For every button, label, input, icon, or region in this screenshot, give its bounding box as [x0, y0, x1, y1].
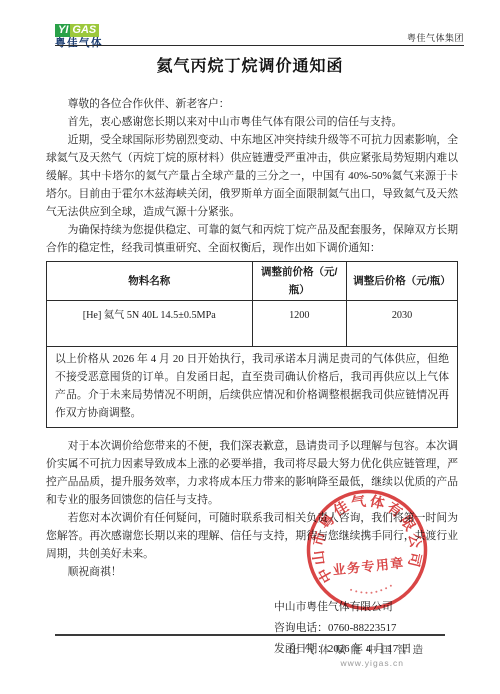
- col-header-old-price: 调整前价格（元/瓶）: [252, 262, 347, 301]
- logo-chinese-name: 粤佳气体: [55, 38, 103, 49]
- col-header-material: 物料名称: [47, 262, 253, 301]
- table-note: 以上价格从 2026 年 4 月 20 日开始执行，我司承诺本月满足贵司的气体供…: [47, 347, 458, 428]
- paragraph: 对于本次调价给您带来的不便，我们深表歉意，恳请贵司予以理解与包容。本次调价实属不…: [46, 437, 458, 509]
- footer-slogan: 让气体赋能中国智造: [289, 642, 429, 657]
- paragraph: 为确保持续为您提供稳定、可靠的氦气和丙烷丁烷产品及配套服务，保障双方长期合作的稳…: [46, 221, 458, 257]
- cell-old-price: 1200: [252, 301, 347, 347]
- logo-yi-block: YI: [55, 24, 70, 37]
- closing-wish: 顺祝商祺！: [46, 563, 458, 581]
- notice-letter-page: YI GAS 粤佳气体 粤佳气体集团 氦气丙烷丁烷调价通知函 尊敬的各位合作伙伴…: [0, 0, 500, 694]
- table-note-row: 以上价格从 2026 年 4 月 20 日开始执行，我司承诺本月满足贵司的气体供…: [47, 347, 458, 428]
- group-name: 粤佳气体集团: [407, 31, 464, 44]
- logo-badge: YI GAS: [55, 24, 99, 37]
- header-divider: [55, 45, 464, 46]
- signature-company: 中山市粤佳气体有限公司: [274, 597, 458, 618]
- page-title: 氦气丙烷丁烷调价通知函: [0, 53, 500, 76]
- footer-divider: [55, 634, 445, 636]
- cell-new-price: 2030: [347, 301, 458, 347]
- price-table: 物料名称 调整前价格（元/瓶） 调整后价格（元/瓶） [He] 氦气 5N 40…: [46, 261, 458, 428]
- logo-gas-block: GAS: [70, 24, 99, 37]
- salutation: 尊敬的各位合作伙伴、新老客户：: [46, 95, 458, 113]
- paragraph: 近期，受全球国际形势剧烈变动、中东地区冲突持续升级等不可抗力因素影响，全球氦气及…: [46, 131, 458, 221]
- table-header-row: 物料名称 调整前价格（元/瓶） 调整后价格（元/瓶）: [47, 262, 458, 301]
- paragraph: 若您对本次调价有任何疑问，可随时联系我司相关负责人咨询，我们将第一时间为您解答。…: [46, 509, 458, 563]
- footer-website: www.yigas.cn: [341, 658, 405, 668]
- col-header-new-price: 调整后价格（元/瓶）: [347, 262, 458, 301]
- table-row: [He] 氦气 5N 40L 14.5±0.5MPa 1200 2030: [47, 301, 458, 347]
- paragraph: 首先，衷心感谢您长期以来对中山市粤佳气体有限公司的信任与支持。: [46, 113, 458, 131]
- letter-body: 尊敬的各位合作伙伴、新老客户： 首先，衷心感谢您长期以来对中山市粤佳气体有限公司…: [46, 95, 458, 660]
- cell-material: [He] 氦气 5N 40L 14.5±0.5MPa: [47, 301, 253, 347]
